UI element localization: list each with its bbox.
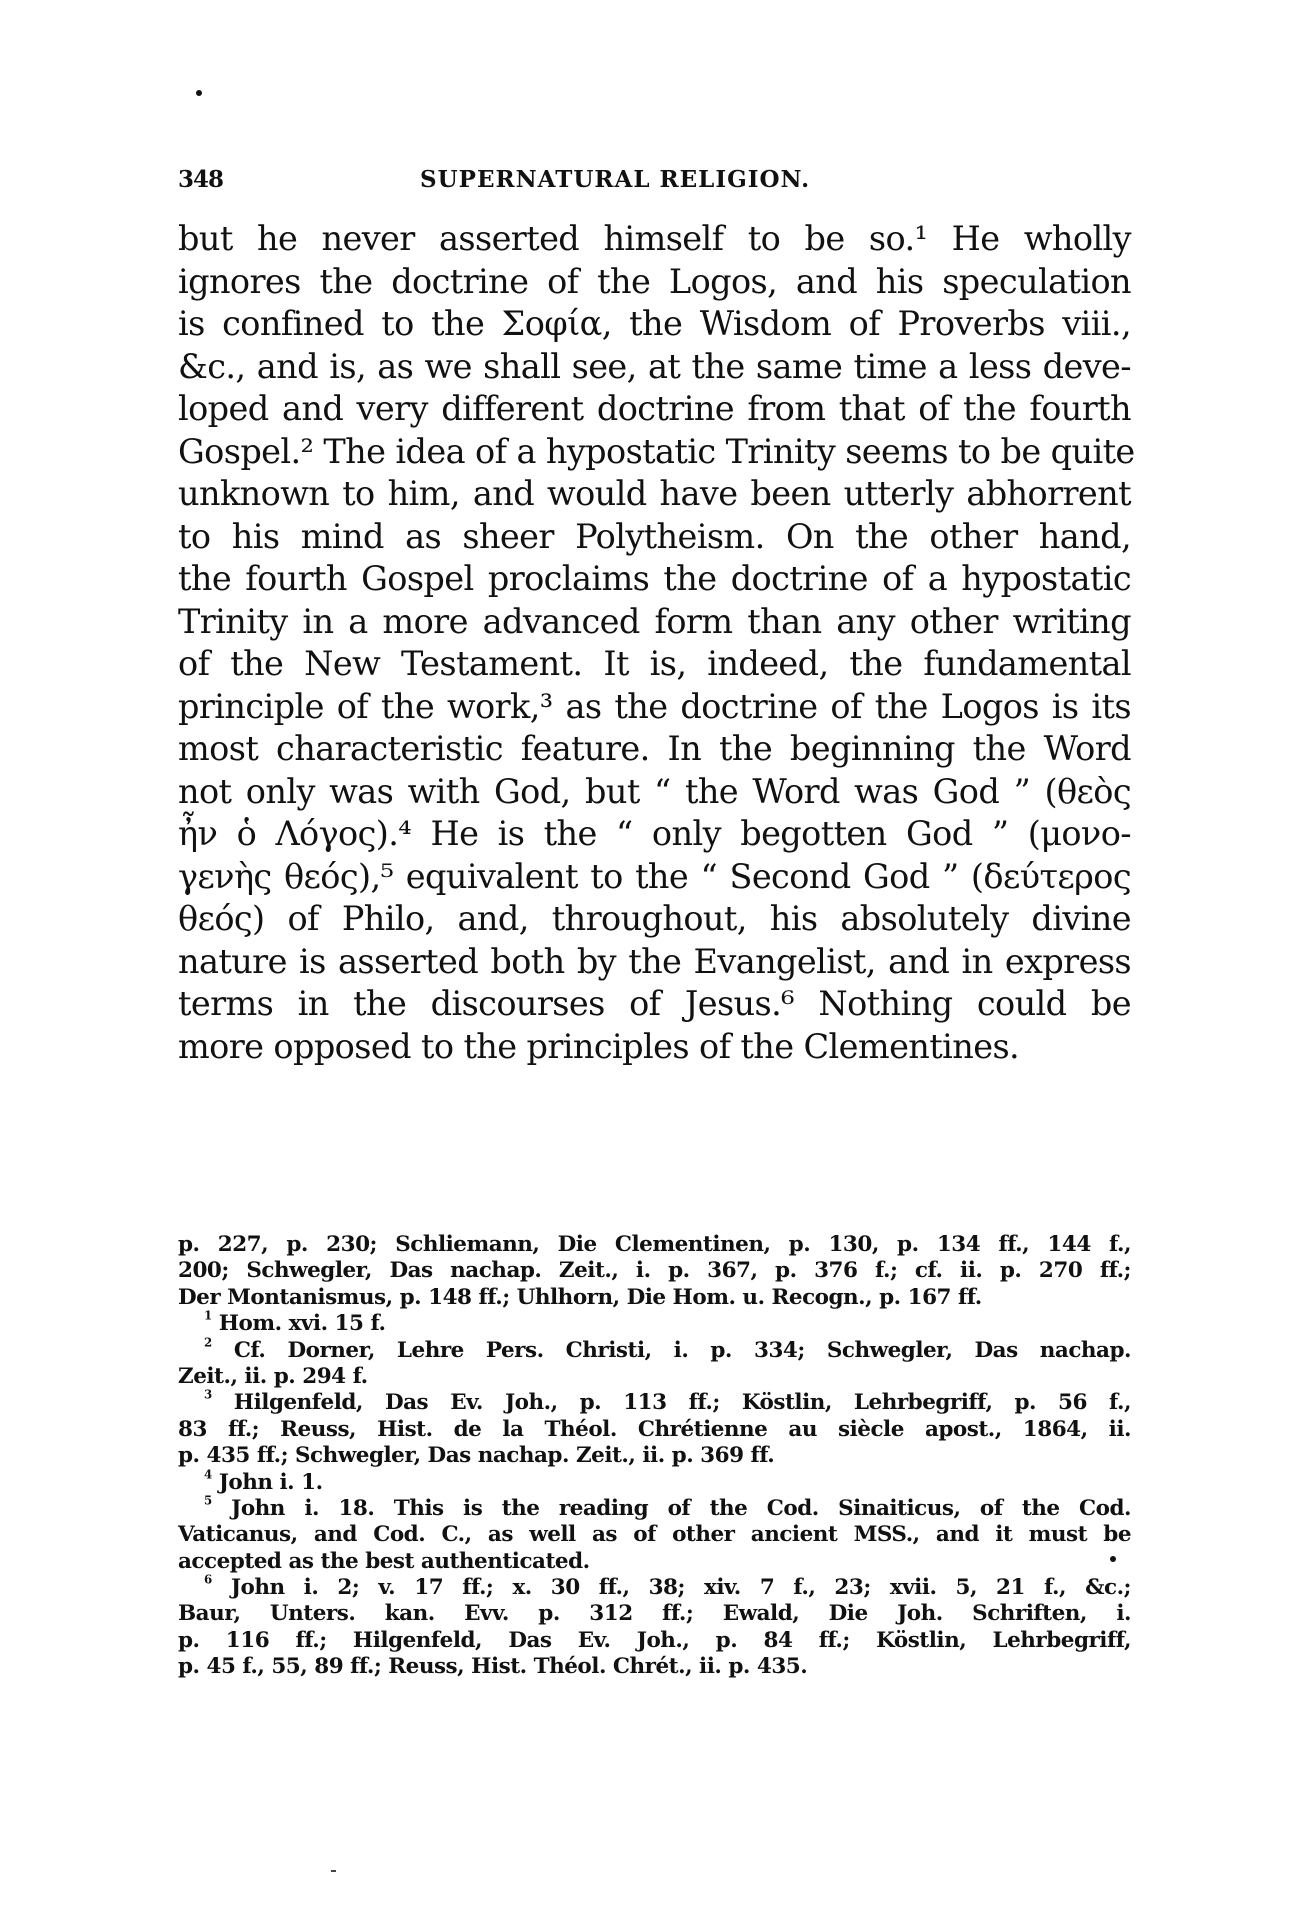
body-line: terms in the discourses of Jesus.⁶ Nothi… <box>178 983 1131 1026</box>
body-line: most characteristic feature. In the begi… <box>178 728 1131 771</box>
footnote-marker: 1 <box>204 1309 212 1323</box>
footnote-line: 83 ff.; Reuss, Hist. de la Théol. Chréti… <box>178 1417 1131 1443</box>
body-line: ignores the doctrine of the Logos, and h… <box>178 261 1131 304</box>
footnote-marker: 5 <box>204 1493 212 1507</box>
footnote-line: Der Montanismus, p. 148 ff.; Uhlhorn, Di… <box>178 1285 1131 1311</box>
body-line: &c., and is, as we shall see, at the sam… <box>178 346 1131 389</box>
footnote-4: 4 John i. 1. <box>178 1470 1131 1496</box>
footnotes: p. 227, p. 230; Schliemann, Die Clementi… <box>178 1232 1131 1681</box>
book-page: 348 SUPERNATURAL RELIGION. but he never … <box>0 0 1292 1925</box>
stray-ink-dot-top <box>196 90 202 96</box>
footnote-2: 2 Cf. Dorner, Lehre Pers. Christi, i. p.… <box>178 1338 1131 1391</box>
footnote-marker: 4 <box>204 1467 212 1481</box>
footnote-text: John i. 1. <box>219 1470 323 1495</box>
stray-ink-mark-bottom <box>331 1870 336 1872</box>
body-line: principle of the work,³ as the doctrine … <box>178 686 1131 729</box>
footnote-text: Hom. xvi. 15 f. <box>219 1311 386 1336</box>
body-line: Gospel.² The idea of a hypostatic Trinit… <box>178 431 1131 474</box>
footnote-line: Vaticanus, and Cod. C., as well as of ot… <box>178 1522 1131 1548</box>
footnote-text: John i. 2; v. 17 ff.; x. 30 ff., 38; xiv… <box>231 1575 1131 1600</box>
body-text: but he never asserted himself to be so.¹… <box>178 218 1131 1068</box>
body-line: ἦν ὁ Λόγος).⁴ He is the “ only begotten … <box>178 813 1131 856</box>
footnote-line: Baur, Unters. kan. Evv. p. 312 ff.; Ewal… <box>178 1601 1131 1627</box>
body-line: but he never asserted himself to be so.¹… <box>178 218 1131 261</box>
footnote-line: p. 227, p. 230; Schliemann, Die Clementi… <box>178 1232 1131 1258</box>
body-line: more opposed to the principles of the Cl… <box>178 1026 1131 1069</box>
running-title: SUPERNATURAL RELIGION. <box>420 166 810 193</box>
footnote-line: Zeit., ii. p. 294 f. <box>178 1364 1131 1390</box>
body-line: to his mind as sheer Polytheism. On the … <box>178 516 1131 559</box>
footnote-marker: 2 <box>204 1335 212 1349</box>
page-number: 348 <box>178 166 223 193</box>
running-header: 348 SUPERNATURAL RELIGION. <box>178 166 1131 206</box>
footnote-marker: 6 <box>204 1572 212 1586</box>
footnote-line: 5 John i. 18. This is the reading of the… <box>178 1496 1131 1522</box>
footnote-line: 6 John i. 2; v. 17 ff.; x. 30 ff., 38; x… <box>178 1575 1131 1601</box>
footnote-text: Cf. Dorner, Lehre Pers. Christi, i. p. 3… <box>234 1338 1131 1363</box>
footnote-5: 5 John i. 18. This is the reading of the… <box>178 1496 1131 1575</box>
footnote-line: 4 John i. 1. <box>178 1470 1131 1496</box>
body-line: not only was with God, but “ the Word wa… <box>178 771 1131 814</box>
body-line: γενὴς θεός),⁵ equivalent to the “ Second… <box>178 856 1131 899</box>
footnote-3: 3 Hilgenfeld, Das Ev. Joh., p. 113 ff.; … <box>178 1390 1131 1469</box>
body-line: of the New Testament. It is, indeed, the… <box>178 643 1131 686</box>
footnote-line: 200; Schwegler, Das nachap. Zeit., i. p.… <box>178 1258 1131 1284</box>
body-line: θεός) of Philo, and, throughout, his abs… <box>178 898 1131 941</box>
body-line: the fourth Gospel proclaims the doctrine… <box>178 558 1131 601</box>
body-line: unknown to him, and would have been utte… <box>178 473 1131 516</box>
footnote-line: 3 Hilgenfeld, Das Ev. Joh., p. 113 ff.; … <box>178 1390 1131 1416</box>
footnote-line: 1 Hom. xvi. 15 f. <box>178 1311 1131 1337</box>
footnote-text: John i. 18. This is the reading of the C… <box>231 1496 1131 1521</box>
footnote-line: p. 435 ff.; Schwegler, Das nachap. Zeit.… <box>178 1443 1131 1469</box>
body-line: loped and very different doctrine from t… <box>178 388 1131 431</box>
footnote-line: 2 Cf. Dorner, Lehre Pers. Christi, i. p.… <box>178 1338 1131 1364</box>
body-line: Trinity in a more advanced form than any… <box>178 601 1131 644</box>
footnote-continuation: p. 227, p. 230; Schliemann, Die Clementi… <box>178 1232 1131 1311</box>
footnote-6: 6 John i. 2; v. 17 ff.; x. 30 ff., 38; x… <box>178 1575 1131 1681</box>
body-line: is confined to the Σοφία, the Wisdom of … <box>178 303 1131 346</box>
footnote-line: p. 45 f., 55, 89 ff.; Reuss, Hist. Théol… <box>178 1654 1131 1680</box>
footnote-1: 1 Hom. xvi. 15 f. <box>178 1311 1131 1337</box>
footnote-marker: 3 <box>204 1388 212 1402</box>
body-line: nature is asserted both by the Evangelis… <box>178 941 1131 984</box>
footnote-text: Hilgenfeld, Das Ev. Joh., p. 113 ff.; Kö… <box>234 1390 1131 1415</box>
footnote-line: accepted as the best authenticated. <box>178 1549 1131 1575</box>
footnote-line: p. 116 ff.; Hilgenfeld, Das Ev. Joh., p.… <box>178 1628 1131 1654</box>
